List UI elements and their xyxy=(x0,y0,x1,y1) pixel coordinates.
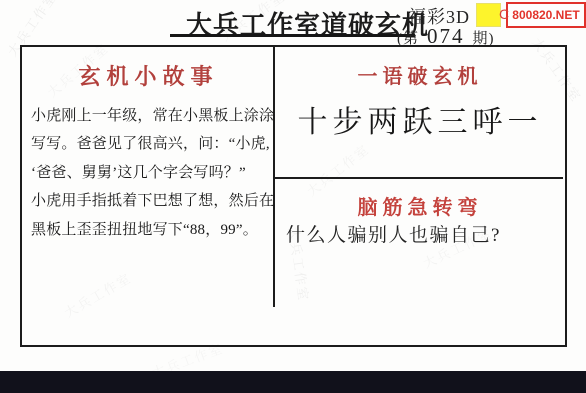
bottom-bar xyxy=(0,371,586,393)
story-line: 写写。爸爸见了很高兴，问：“小虎, xyxy=(31,130,274,158)
hint-phrase: 十步两跃三呼一 xyxy=(277,97,563,141)
site-badge-label: 800820.NET xyxy=(512,8,579,22)
hint-section-title: 一语破玄机 xyxy=(277,60,563,89)
story-line: 小虎刚上一年级，常在小黑板上涂涂 xyxy=(31,102,274,130)
yellow-marker-icon xyxy=(476,3,501,27)
riddle-question: 什么人骗别人也骗自己? xyxy=(286,220,501,247)
story-line: 小虎用手指抵着下巴想了想，然后在 xyxy=(31,187,274,215)
riddle-section-title: 脑筋急转弯 xyxy=(277,191,563,220)
title-underline xyxy=(170,34,415,37)
story-line: ‘爸爸、舅舅’这几个字会写吗？” xyxy=(31,159,274,187)
page: 大兵工作室 大兵工作室 大兵工作室 大兵工作室 大兵工作室 大兵工作室 大兵工作… xyxy=(0,0,586,393)
story-section-title: 玄机小故事 xyxy=(22,60,275,91)
copyright-mark: C xyxy=(499,6,509,22)
horizontal-divider xyxy=(275,177,563,179)
story-line: 黑板上歪歪扭扭地写下“88，99”。 xyxy=(31,216,274,244)
site-badge: 800820.NET xyxy=(506,2,586,28)
story-text: 小虎刚上一年级，常在小黑板上涂涂 写写。爸爸见了很高兴，问：“小虎, ‘爸爸、舅… xyxy=(31,102,274,244)
